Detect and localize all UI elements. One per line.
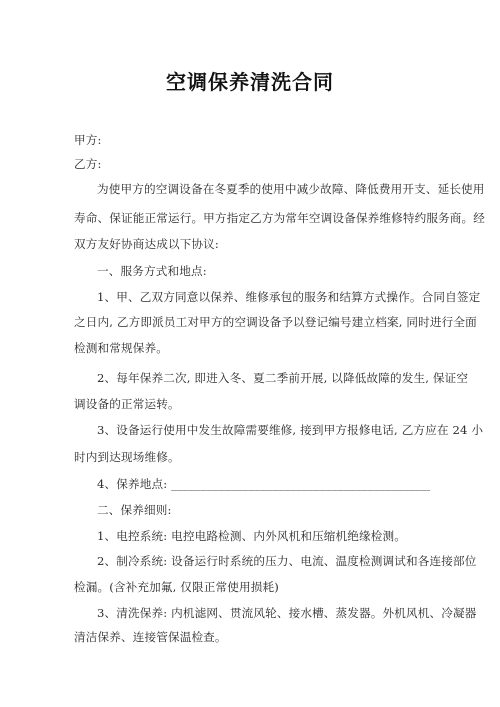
section1-item3-line-2: 时内到达现场维修。 xyxy=(74,450,430,464)
document-page: 空调保养清洗合同 甲方: 乙方: 为使甲方的空调设备在冬夏季的使用中减少故障、降… xyxy=(0,0,500,707)
section2-item3-line-1: 3、清洗保养: 内机滤网、贯流风轮、接水槽、蒸发器。外机风机、冷凝器 xyxy=(97,606,430,620)
preamble-line-3: 双方友好协商达成以下协议: xyxy=(74,237,430,251)
section1-item1-line-3: 检测和常规保养。 xyxy=(74,341,430,355)
preamble-line-1: 为使甲方的空调设备在冬夏季的使用中减少故障、降低费用开支、延长使用 xyxy=(97,182,430,196)
section1-item2-line-2: 调设备的正常运转。 xyxy=(74,397,430,411)
party-a-label: 甲方: xyxy=(74,133,430,147)
party-b-label: 乙方: xyxy=(74,157,430,171)
document-title: 空调保养清洗合同 xyxy=(0,66,500,95)
section2-heading: 二、保养细则: xyxy=(97,503,430,517)
section2-item2-line-1: 2、制冷系统: 设备运行时系统的压力、电流、温度检测调试和各连接部位 xyxy=(97,554,430,568)
section1-item4-location: 4、保养地点: ________________________________… xyxy=(97,477,430,491)
section1-item1-line-1: 1、甲、乙双方同意以保养、维修承包的服务和结算方式操作。合同自签定 xyxy=(97,290,430,304)
section1-item1-line-2: 之日内, 乙方即派员工对甲方的空调设备予以登记编号建立档案, 同时进行全面 xyxy=(74,315,430,329)
section2-item3-line-2: 清洁保养、连接管保温检查。 xyxy=(74,630,430,644)
preamble-line-2: 寿命、保证能正常运行。甲方指定乙方为常年空调设备保养维修特约服务商。经 xyxy=(74,211,430,225)
section2-item1: 1、电控系统: 电控电路检测、内外风机和压缩机绝缘检测。 xyxy=(97,529,430,543)
section2-item2-line-2: 检漏。(含补充加氟, 仅限正常使用损耗) xyxy=(74,580,430,594)
section1-item3-line-1: 3、设备运行使用中发生故障需要维修, 接到甲方报修电话, 乙方应在 24 小 xyxy=(97,423,430,437)
section1-heading: 一、服务方式和地点: xyxy=(97,264,430,278)
section1-item2-line-1: 2、每年保养二次, 即进入冬、夏二季前开展, 以降低故障的发生, 保证空 xyxy=(97,371,430,385)
